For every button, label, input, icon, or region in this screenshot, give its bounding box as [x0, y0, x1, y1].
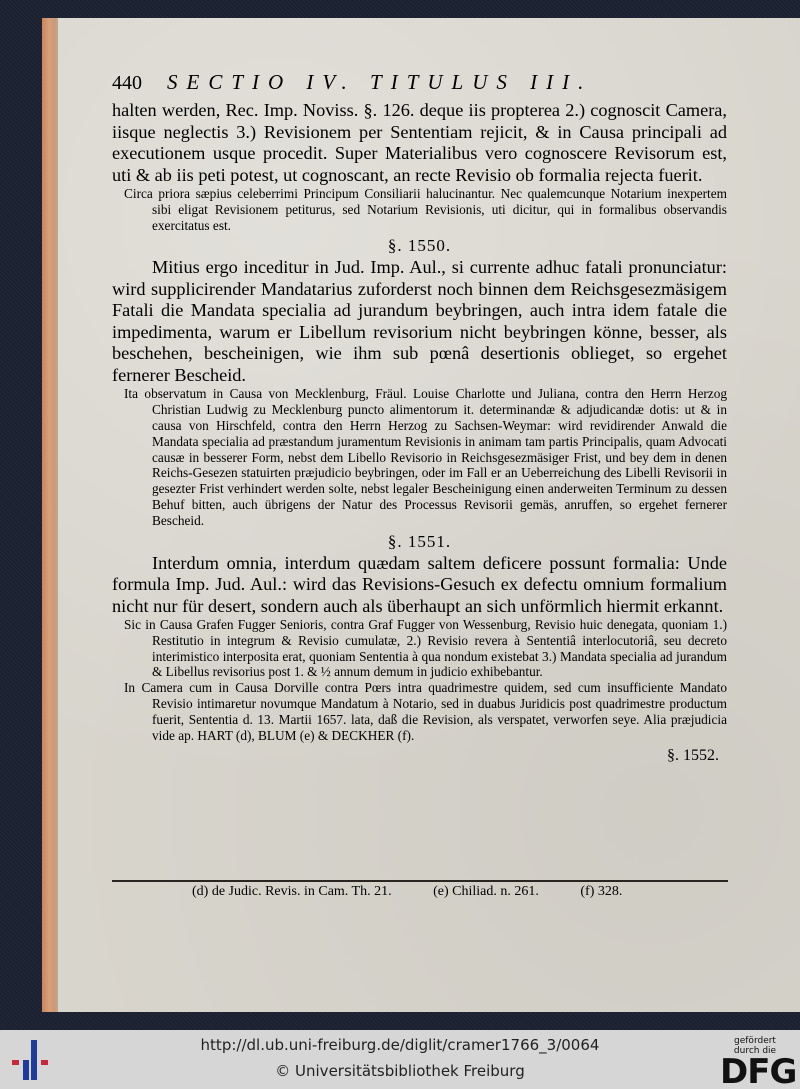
viewer-footer: http://dl.ub.uni-freiburg.de/diglit/cram…	[0, 1030, 800, 1089]
footnote-f: (f) 328.	[580, 884, 622, 899]
page-text: halten werden, Rec. Imp. Noviss. §. 126.…	[112, 100, 727, 765]
catchword: §. 1552.	[112, 747, 727, 765]
running-title: SECTIO IV. TITULUS III.	[167, 70, 592, 94]
running-head: 440 SECTIO IV. TITULUS III.	[112, 70, 692, 95]
footnote-e: (e) Chiliad. n. 261.	[433, 884, 539, 899]
footnote-divider	[112, 880, 728, 882]
dfg-wordmark: DFG	[720, 1056, 790, 1088]
opening-paragraph: halten werden, Rec. Imp. Noviss. §. 126.…	[112, 100, 727, 186]
note-sic-in-causa: Sic in Causa Grafen Fugger Senioris, con…	[112, 617, 727, 680]
permalink-url[interactable]: http://dl.ub.uni-freiburg.de/diglit/cram…	[0, 1036, 800, 1054]
note-ita-observatum: Ita observatum in Causa von Mecklenburg,…	[112, 386, 727, 528]
note-circa-priora: Circa priora sæpius celeberrimi Principu…	[112, 186, 727, 233]
page-number: 440	[112, 72, 142, 94]
section-1550-paragraph: Mitius ergo inceditur in Jud. Imp. Aul.,…	[112, 257, 727, 386]
copyright-notice: © Universitätsbibliothek Freiburg	[0, 1062, 800, 1080]
section-heading-1551: §. 1551.	[112, 532, 727, 552]
note-in-camera: In Camera cum in Causa Dorville contra P…	[112, 680, 727, 743]
dfg-logo-icon[interactable]: gefördert durch die DFG	[720, 1036, 790, 1088]
footnotes: (d) de Judic. Revis. in Cam. Th. 21. (e)…	[192, 884, 660, 900]
section-1551-paragraph: Interdum omnia, interdum quædam saltem d…	[112, 553, 727, 618]
footnote-d: (d) de Judic. Revis. in Cam. Th. 21.	[192, 884, 392, 899]
section-heading-1550: §. 1550.	[112, 236, 727, 256]
